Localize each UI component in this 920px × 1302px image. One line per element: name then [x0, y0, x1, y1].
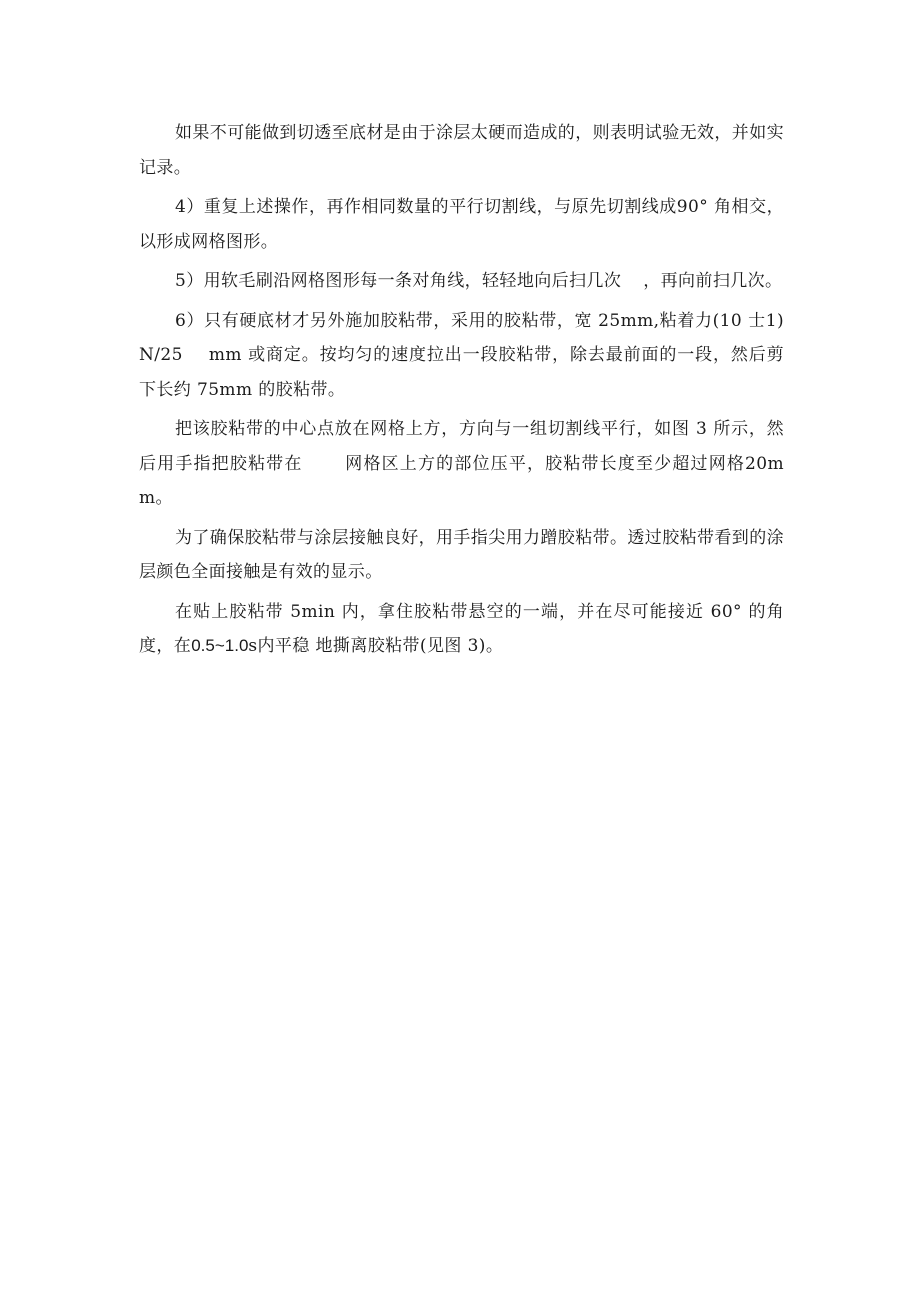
paragraph-invalid-test: 如果不可能做到切透至底材是由于涂层太硬而造成的，则表明试验无效，并如实记录。 [139, 116, 784, 185]
step-6-text-b: mm 或商定。按均匀的速度拉出一段胶粘带，除去最前面的一段，然后剪下长约 75m… [139, 345, 784, 400]
time-range-value: 0.5~1.0 [191, 636, 248, 655]
paragraph-step-6: 6）只有硬底材才另外施加胶粘带，采用的胶粘带，宽 25mm,粘着力(10 士1)… [139, 304, 784, 408]
document-page: 如果不可能做到切透至底材是由于涂层太硬而造成的，则表明试验无效，并如实记录。 4… [139, 116, 784, 669]
paragraph-tape-removal: 在贴上胶粘带 5min 内，拿住胶粘带悬空的一端，并在尽可能接近 60° 的角度… [139, 595, 784, 664]
paragraph-tape-placement: 把该胶粘带的中心点放在网格上方，方向与一组切割线平行，如图 3 所示，然后用手指… [139, 412, 784, 516]
paragraph-step-4: 4）重复上述操作，再作相同数量的平行切割线，与原先切割线成90° 角相交，以形成… [139, 190, 784, 259]
paragraph-step-5: 5）用软毛刷沿网格图形每一条对角线，轻轻地向后扫几次，再向前扫几次。 [139, 264, 784, 299]
paragraph-tape-contact: 为了确保胶粘带与涂层接触良好，用手指尖用力蹭胶粘带。透过胶粘带看到的涂层颜色全面… [139, 521, 784, 590]
tape-removal-text-b: s内平稳 地撕离胶粘带(见图 3)。 [248, 636, 503, 656]
step-5-text-b: ，再向前扫几次。 [643, 271, 782, 291]
step-5-text-a: 5）用软毛刷沿网格图形每一条对角线，轻轻地向后扫几次 [175, 271, 621, 291]
